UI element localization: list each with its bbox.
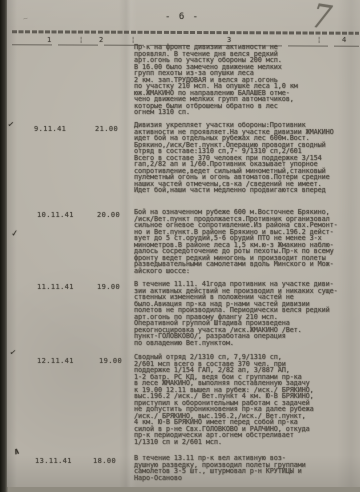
entry-time: 18.00 bbox=[93, 457, 116, 465]
entry-text: Бой на означенном рубеже 600 м.Восточнее… bbox=[134, 209, 360, 274]
entry-date: 11.11.41 bbox=[37, 283, 74, 291]
entry-date: 10.11.41 bbox=[37, 211, 74, 219]
entry-time: 21.00 bbox=[95, 125, 118, 133]
pencil-checkmark-icon: ✓ bbox=[7, 120, 14, 131]
column-divider-tick: ¦ bbox=[79, 36, 83, 44]
column-number-2: 2 bbox=[99, 36, 103, 44]
table-top-rule bbox=[12, 30, 359, 34]
entry-text: В течение 11.11. 41года противник на уча… bbox=[134, 281, 360, 346]
intro-text: Пр-к на фронте дивизии активности не про… bbox=[134, 44, 360, 116]
pencil-squiggle-icon: ~ bbox=[22, 14, 29, 24]
entry-time: 20.00 bbox=[97, 211, 120, 219]
paper-sheet: ~ - 6 - 7 1 ¦ 2 ¦ 3 ¦ 4 Пр-к на фронте д… bbox=[7, 0, 360, 487]
entry-date: 12.11.41 bbox=[37, 357, 74, 365]
page-number: - 6 - bbox=[165, 12, 200, 22]
entry-text: Дивизия укрепляет участки обороны:Против… bbox=[134, 122, 360, 194]
column-number-4: 4 bbox=[342, 36, 346, 44]
entry-text: В течение 13.11 пр-к вел активную воз- д… bbox=[134, 455, 360, 481]
column-number-1: 1 bbox=[47, 36, 51, 44]
pencil-checkmark-icon: ✓ bbox=[11, 228, 18, 240]
pencil-caret-icon: ∧ bbox=[13, 446, 21, 457]
entry-time: 19.00 bbox=[99, 357, 122, 365]
column-divider-tick: ¦ bbox=[317, 36, 321, 44]
entry-time: 19.00 bbox=[97, 283, 120, 291]
entry-date: 13.11.41 bbox=[35, 457, 72, 465]
pencil-checkmark-icon: ✓ bbox=[9, 348, 16, 359]
entry-text: Сводный отряд 2/1310 сп, 7,9/1310 сп, 2/… bbox=[134, 354, 360, 445]
entry-date: 9.11.41 bbox=[34, 125, 66, 133]
scanned-document-page: ~ - 6 - 7 1 ¦ 2 ¦ 3 ¦ 4 Пр-к на фронте д… bbox=[0, 0, 360, 492]
